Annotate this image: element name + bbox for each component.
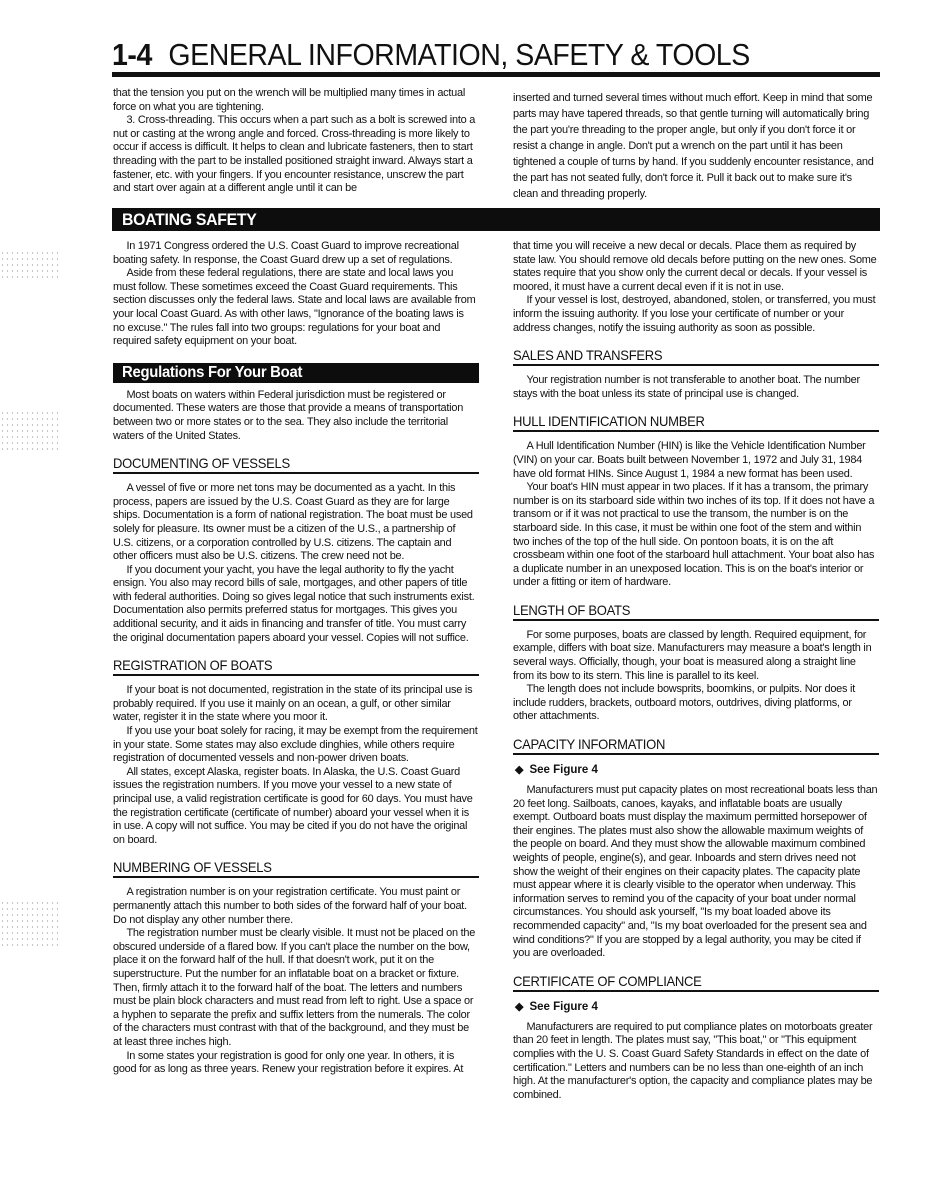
diamond-icon: ◆ (515, 764, 523, 776)
intro-left-column: that the tension you put on the wrench w… (113, 87, 479, 196)
paragraph: The registration number must be clearly … (113, 927, 478, 1049)
paragraph: Manufacturers must put capacity plates o… (513, 784, 878, 961)
paragraph: that the tension you put on the wrench w… (113, 87, 478, 114)
paragraph: A vessel of five or more net tons may be… (113, 482, 478, 564)
intro-right-column: inserted and turned several times withou… (513, 90, 879, 202)
see-figure-label: See Figure 4 (529, 1001, 597, 1013)
heading-registration: REGISTRATION OF BOATS (113, 657, 479, 676)
paragraph: A registration number is on your registr… (113, 886, 478, 927)
subsection-title: Regulations For Your Boat (122, 364, 302, 382)
paragraph: In some states your registration is good… (113, 1050, 478, 1077)
paragraph: Aside from these federal regulations, th… (113, 267, 478, 349)
see-figure-reference: ◆See Figure 4 (515, 1000, 879, 1013)
paragraph: For some purposes, boats are classed by … (513, 629, 878, 683)
paragraph: Your registration number is not transfer… (513, 374, 878, 401)
heading-capacity: CAPACITY INFORMATION (513, 736, 879, 755)
paragraph: If you document your yacht, you have the… (113, 564, 478, 646)
left-column: In 1971 Congress ordered the U.S. Coast … (113, 240, 479, 1077)
section-bar-boating-safety: BOATING SAFETY (112, 208, 880, 231)
paragraph: Manufacturers are required to put compli… (513, 1021, 878, 1103)
paragraph: If your boat is not documented, registra… (113, 684, 478, 725)
page-title: 1-4GENERAL INFORMATION, SAFETY & TOOLS (112, 38, 750, 72)
page-number: 1-4 (112, 37, 152, 72)
paragraph: If your vessel is lost, destroyed, aband… (513, 294, 878, 335)
heading-numbering: NUMBERING OF VESSELS (113, 859, 479, 878)
section-title: BOATING SAFETY (122, 210, 257, 230)
paragraph: Most boats on waters within Federal juri… (113, 389, 478, 443)
heading-documenting: DOCUMENTING OF VESSELS (113, 455, 479, 474)
right-column: that time you will receive a new decal o… (513, 240, 879, 1102)
paragraph: 3. Cross-threading. This occurs when a p… (113, 114, 478, 196)
see-figure-label: See Figure 4 (529, 764, 597, 776)
subsection-bar-regulations: Regulations For Your Boat (113, 363, 479, 383)
paragraph: that time you will receive a new decal o… (513, 240, 878, 294)
scan-noise (0, 900, 60, 950)
heading-hin: HULL IDENTIFICATION NUMBER (513, 413, 879, 432)
paragraph: All states, except Alaska, register boat… (113, 766, 478, 848)
paragraph: Your boat's HIN must appear in two place… (513, 481, 878, 590)
paragraph: If you use your boat solely for racing, … (113, 725, 478, 766)
diamond-icon: ◆ (515, 1001, 523, 1013)
scan-noise (0, 250, 60, 280)
heading-sales: SALES AND TRANSFERS (513, 347, 879, 366)
chapter-title: GENERAL INFORMATION, SAFETY & TOOLS (168, 37, 749, 72)
see-figure-reference: ◆See Figure 4 (515, 763, 879, 776)
title-rule (112, 72, 880, 77)
paragraph: A Hull Identification Number (HIN) is li… (513, 440, 878, 481)
heading-compliance: CERTIFICATE OF COMPLIANCE (513, 973, 879, 992)
heading-length: LENGTH OF BOATS (513, 602, 879, 621)
paragraph: The length does not include bowsprits, b… (513, 683, 878, 724)
paragraph: In 1971 Congress ordered the U.S. Coast … (113, 240, 478, 267)
paragraph: inserted and turned several times withou… (513, 90, 878, 202)
scan-noise (0, 410, 60, 450)
